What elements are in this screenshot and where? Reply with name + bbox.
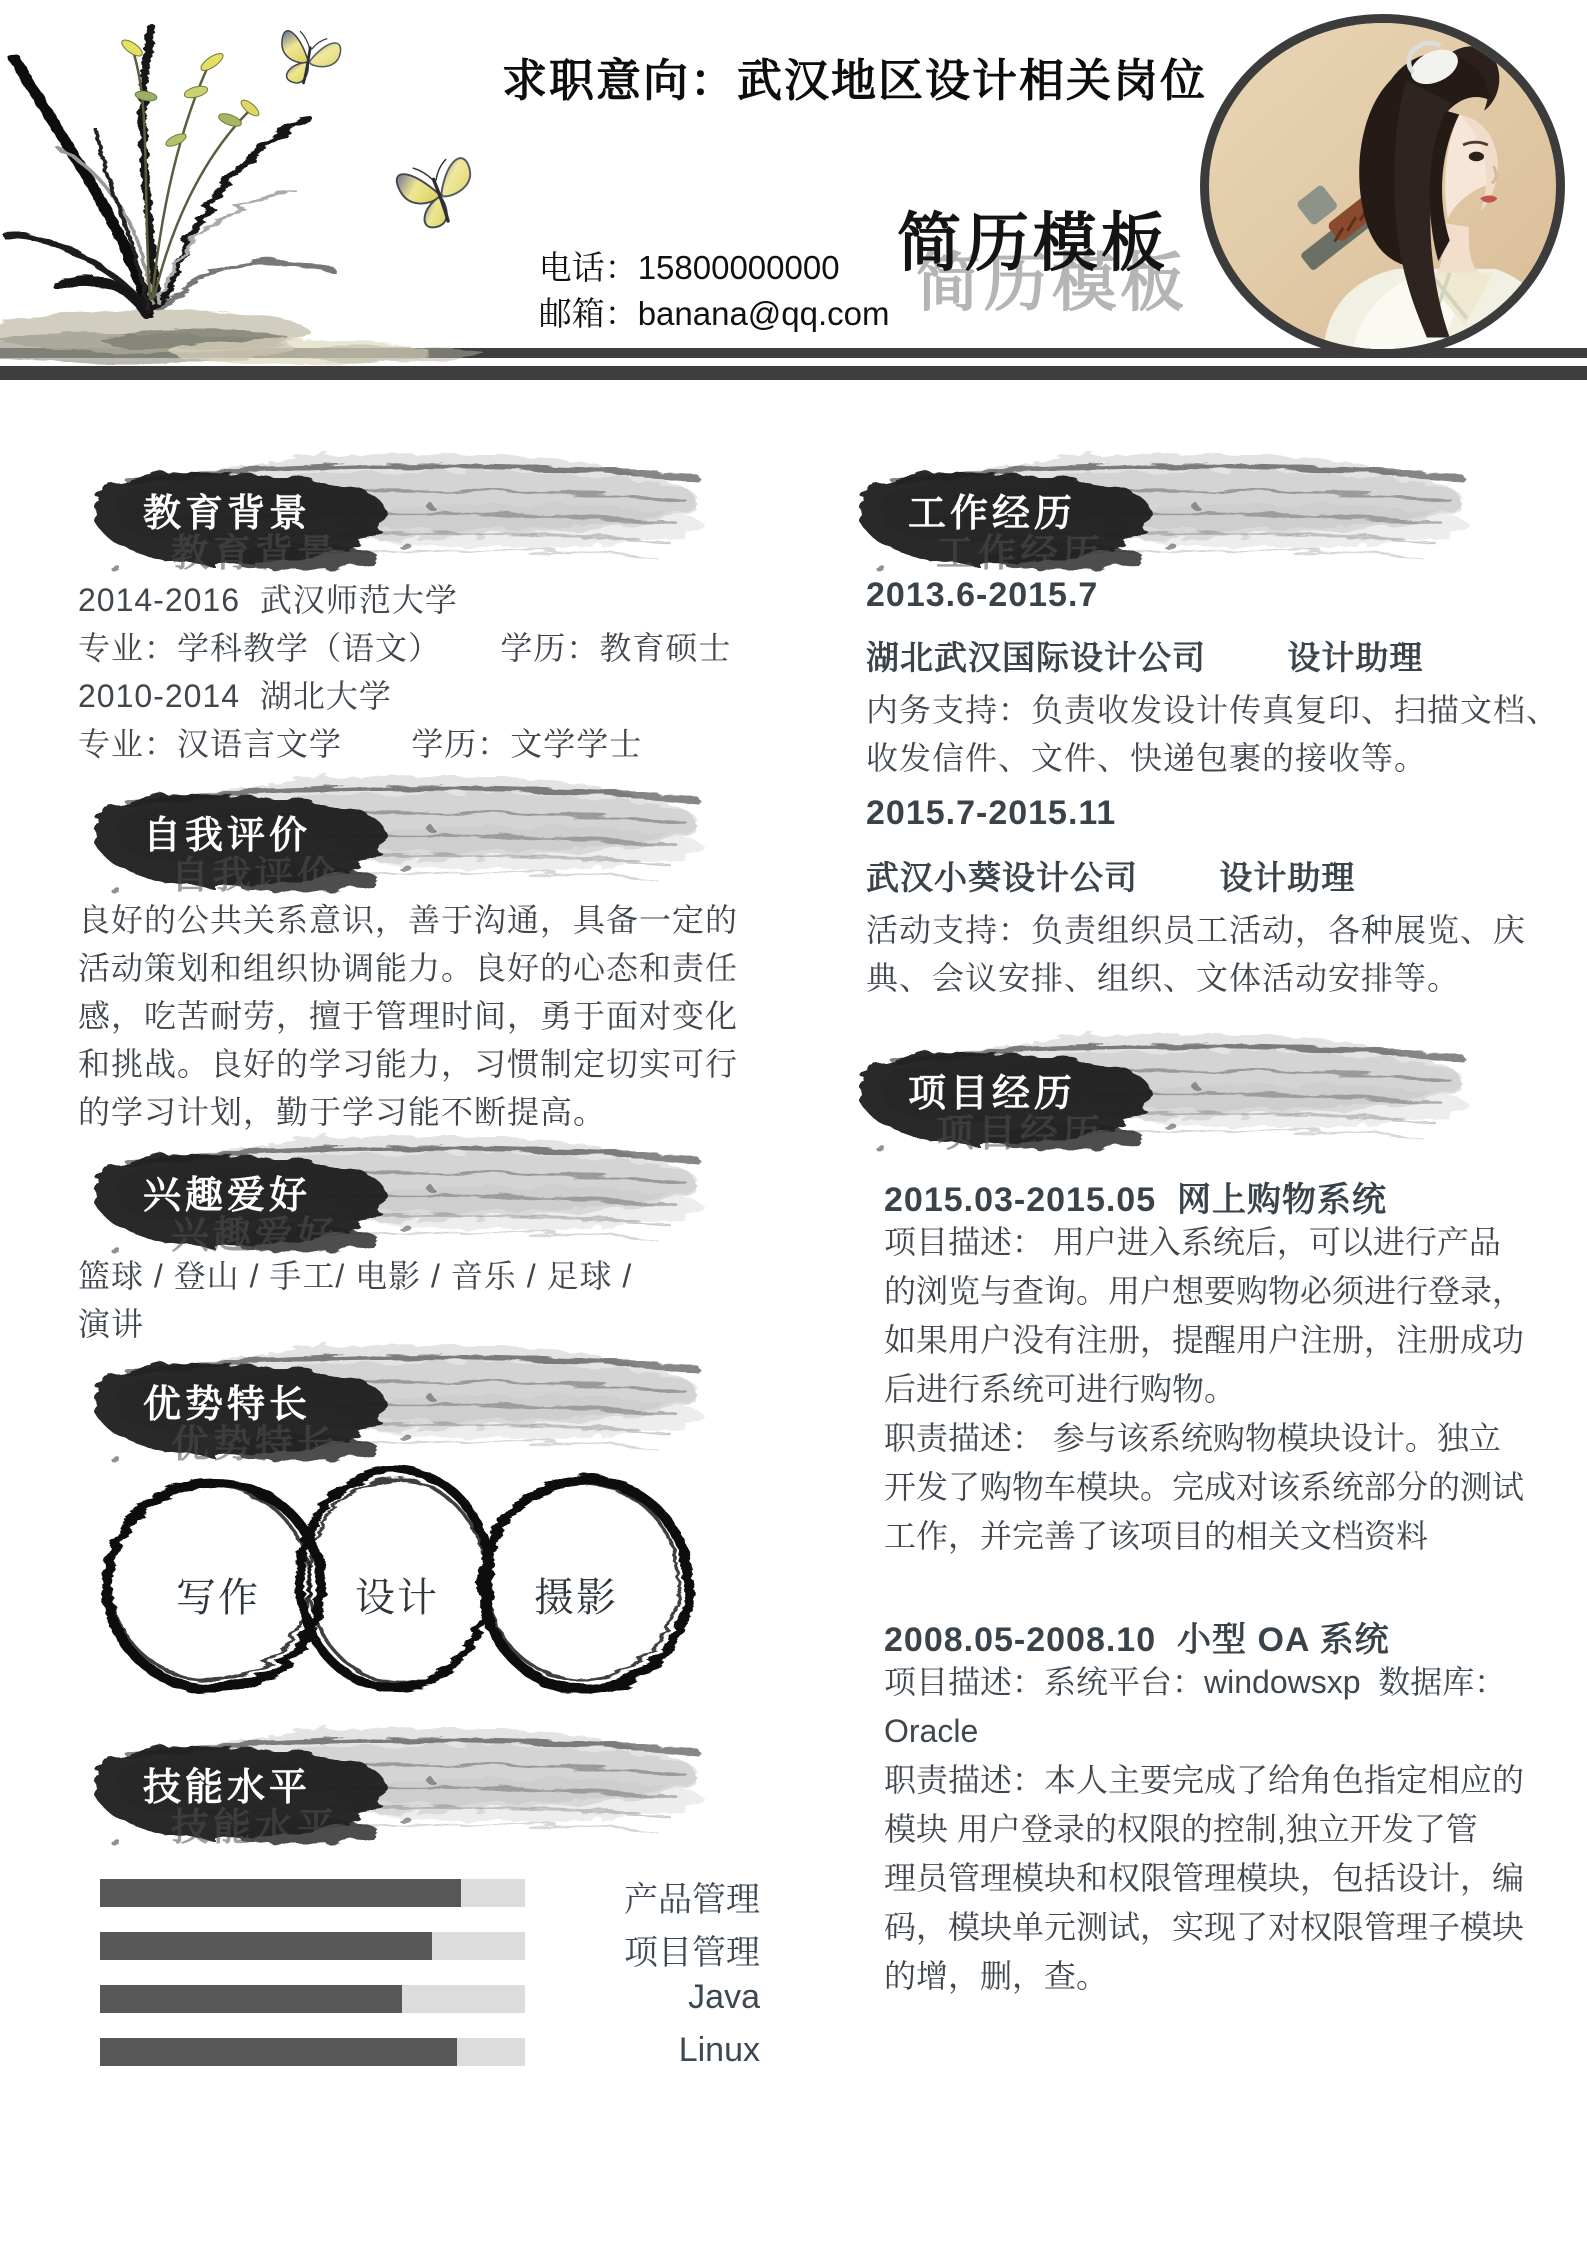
butterfly-icon: [394, 151, 484, 234]
portrait-illustration: [1209, 23, 1556, 349]
project-description-line: 职责描述： 参与该系统购物模块设计。独立: [884, 1414, 1524, 1463]
self-evaluation-line: 和挑战。良好的学习能力，习惯制定切实可行: [78, 1040, 738, 1088]
skill-bar-fill: [100, 1932, 432, 1960]
project-description-line: 的浏览与查询。用户想要购物必须进行登录，: [884, 1267, 1524, 1316]
skill-label: 产品管理: [420, 1872, 760, 1921]
project-description-line: 工作，并完善了该项目的相关文档资料: [884, 1512, 1524, 1561]
resume-page: 求职意向：武汉地区设计相关岗位 电话：15800000000 邮箱：banana…: [0, 0, 1587, 2245]
work-description-line: 典、会议安排、组织、文体活动安排等。: [866, 954, 1526, 1002]
self-evaluation-line: 感，吃苦耐劳，擅于管理时间，勇于面对变化: [78, 992, 738, 1040]
section-heading-hobbies: 兴趣爱好 兴趣爱好: [85, 1118, 725, 1268]
project-description-line: 理员管理模块和权限管理模块，包括设计，编: [884, 1854, 1524, 1903]
heading-label: 兴趣爱好: [143, 1164, 311, 1219]
skill-bar-fill: [100, 1985, 402, 2013]
project-title: 2015.03-2015.05 网上购物系统: [884, 1172, 1387, 1221]
skill-bar-fill: [100, 2038, 457, 2066]
project-description-line: 项目描述：系统平台：windowsxp 数据库：: [884, 1658, 1524, 1707]
skill-bar-fill: [100, 1879, 461, 1907]
section-heading-skills: 技能水平 技能水平: [85, 1710, 725, 1860]
section-heading-work: 工作经历 工作经历: [850, 436, 1490, 586]
strength-item: 写作: [176, 1566, 260, 1623]
project-description-line: Oracle: [884, 1707, 1524, 1756]
self-evaluation-content: 良好的公共关系意识，善于沟通，具备一定的 活动策划和组织协调能力。良好的心态和责…: [78, 896, 738, 1136]
email-value: banana@qq.com: [638, 295, 890, 332]
work-period: 2015.7-2015.11: [866, 794, 1116, 833]
education-line: 专业：学科教学（语文） 学历：教育硕士: [78, 624, 731, 672]
education-content: 2014-2016 武汉师范大学 专业：学科教学（语文） 学历：教育硕士 201…: [78, 576, 731, 768]
section-heading-education: 教育背景 教育背景: [85, 436, 725, 586]
heading-label: 优势特长: [143, 1373, 311, 1428]
project-description-line: 如果用户没有注册，提醒用户注册，注册成功: [884, 1316, 1524, 1365]
self-evaluation-line: 活动策划和组织协调能力。良好的心态和责任: [78, 944, 738, 992]
butterfly-icon: [274, 28, 343, 91]
heading-label: 自我评价: [143, 804, 311, 859]
skill-label: Linux: [420, 2031, 760, 2070]
work-company: 武汉小葵设计公司 设计助理: [866, 852, 1355, 899]
work-description-line: 活动支持：负责组织员工活动，各种展览、庆: [866, 906, 1526, 954]
heading-label: 工作经历: [908, 482, 1076, 537]
skill-label: Java: [420, 1978, 760, 2017]
profile-photo: [1200, 14, 1565, 358]
job-intent: 求职意向：武汉地区设计相关岗位: [502, 44, 1207, 109]
project-description-line: 职责描述：本人主要完成了给角色指定相应的: [884, 1756, 1524, 1805]
orchid-ink-painting: [0, 0, 500, 380]
project-description: 项目描述：系统平台：windowsxp 数据库： Oracle 职责描述：本人主…: [884, 1658, 1524, 2001]
project-description-line: 的增，删，查。: [884, 1952, 1524, 2001]
education-line: 2010-2014 湖北大学: [78, 672, 731, 720]
heading-label: 项目经历: [908, 1062, 1076, 1117]
work-description-line: 收发信件、文件、快递包裹的接收等。: [866, 734, 1559, 782]
work-description-line: 内务支持：负责收发设计传真复印、扫描文档、: [866, 686, 1559, 734]
work-company: 湖北武汉国际设计公司 设计助理: [866, 632, 1423, 679]
project-description-line: 后进行系统可进行购物。: [884, 1365, 1524, 1414]
project-description: 项目描述： 用户进入系统后，可以进行产品 的浏览与查询。用户想要购物必须进行登录…: [884, 1218, 1524, 1561]
email-label: 邮箱：: [539, 295, 638, 332]
strength-item: 摄影: [534, 1566, 618, 1623]
project-description-line: 项目描述： 用户进入系统后，可以进行产品: [884, 1218, 1524, 1267]
section-heading-self-evaluation: 自我评价 自我评价: [85, 758, 725, 908]
project-description-line: 开发了购物车模块。完成对该系统部分的测试: [884, 1463, 1524, 1512]
skill-label: 项目管理: [420, 1925, 760, 1974]
heading-label: 教育背景: [143, 482, 311, 537]
project-description-line: 码，模块单元测试，实现了对权限管理子模块: [884, 1903, 1524, 1952]
section-heading-projects: 项目经历 项目经历: [850, 1016, 1490, 1166]
heading-label: 技能水平: [143, 1756, 311, 1811]
page-title: 简历模板: [897, 192, 1169, 284]
strength-item: 设计: [355, 1566, 439, 1623]
project-description-line: 模块 用户登录的权限的控制,独立开发了管: [884, 1805, 1524, 1854]
work-description: 活动支持：负责组织员工活动，各种展览、庆 典、会议安排、组织、文体活动安排等。: [866, 906, 1526, 1002]
work-description: 内务支持：负责收发设计传真复印、扫描文档、 收发信件、文件、快递包裹的接收等。: [866, 686, 1559, 782]
project-title: 2008.05-2008.10 小型 OA 系统: [884, 1612, 1390, 1661]
